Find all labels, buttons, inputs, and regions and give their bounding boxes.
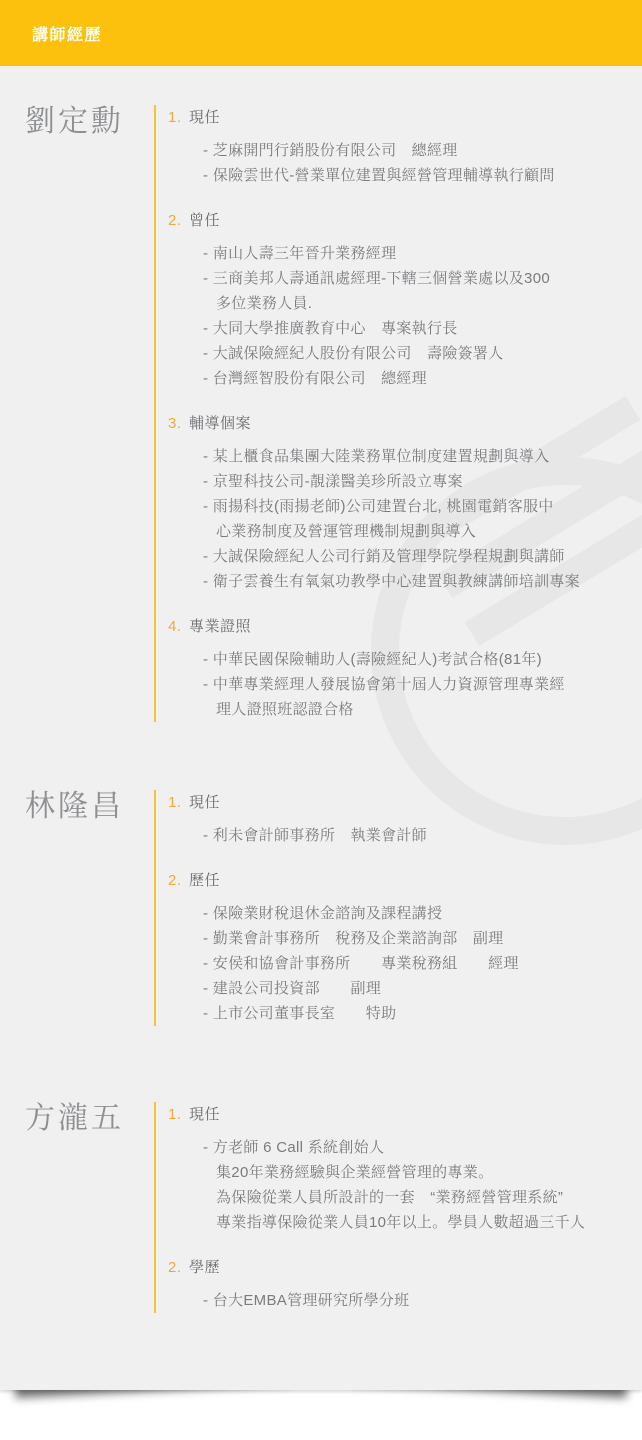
group-number: 2.	[168, 868, 189, 893]
experience-line: - 京聖科技公司-靚漾醫美珍所設立專案	[168, 469, 642, 494]
experience-line: - 台灣經智股份有限公司 總經理	[168, 366, 642, 391]
experience-group: 1.現任- 利未會計師事務所 執業會計師	[168, 790, 642, 848]
group-title: 現任	[189, 109, 220, 126]
instructor-details: 1.現任- 方老師 6 Call 系統創始人集20年業務經驗與企業經營管理的專業…	[156, 1102, 642, 1313]
experience-line: - 中華專業經理人發展協會第十屆人力資源管理專業經	[168, 672, 642, 697]
group-heading: 2.曾任	[168, 208, 642, 233]
group-number: 1.	[168, 1102, 189, 1127]
group-title: 曾任	[189, 212, 220, 229]
experience-line: - 台大EMBA管理研究所學分班	[168, 1288, 642, 1313]
experience-line: - 保險業財稅退休金諮詢及課程講授	[168, 901, 642, 926]
header-bar: 講師經歷	[0, 0, 642, 66]
group-heading: 1.現任	[168, 1102, 642, 1127]
sections: 劉定勳1.現任- 芝麻開門行銷股份有限公司 總經理- 保險雲世代-營業單位建置與…	[0, 105, 642, 1313]
experience-group: 3.輔導個案- 某上櫃食品集團大陸業務單位制度建置規劃與導入- 京聖科技公司-靚…	[168, 411, 642, 594]
group-heading: 1.現任	[168, 790, 642, 815]
experience-line: - 衛子雲養生有氧氣功教學中心建置與教練講師培訓專案	[168, 569, 642, 594]
experience-line: 理人證照班認證合格	[168, 697, 642, 722]
group-heading: 1.現任	[168, 105, 642, 130]
experience-line: 專業指導保險從業人員10年以上。學員人數超過三千人	[168, 1210, 642, 1235]
experience-line: - 勤業會計事務所 稅務及企業諮詢部 副理	[168, 926, 642, 951]
group-heading: 2.學歷	[168, 1255, 642, 1280]
experience-line: - 雨揚科技(雨揚老師)公司建置台北, 桃園電銷客服中	[168, 494, 642, 519]
experience-line: - 大同大學推廣教育中心 專案執行長	[168, 316, 642, 341]
instructor-section: 劉定勳1.現任- 芝麻開門行銷股份有限公司 總經理- 保險雲世代-營業單位建置與…	[0, 105, 642, 722]
content-card-wrap: 劉定勳1.現任- 芝麻開門行銷股份有限公司 總經理- 保險雲世代-營業單位建置與…	[0, 66, 642, 1390]
experience-line: - 上市公司董事長室 特助	[168, 1001, 642, 1026]
experience-line: 為保險從業人員所設計的一套 “業務經營管理系統”	[168, 1185, 642, 1210]
group-number: 2.	[168, 1255, 189, 1280]
experience-line: 多位業務人員.	[168, 291, 642, 316]
group-title: 歷任	[189, 872, 220, 889]
group-title: 專業證照	[189, 618, 251, 635]
group-number: 2.	[168, 208, 189, 233]
page-title: 講師經歷	[32, 22, 102, 45]
instructor-name: 方瀧五	[0, 1102, 154, 1313]
experience-line: - 三商美邦人壽通訊處經理-下轄三個營業處以及300	[168, 266, 642, 291]
experience-group: 2.學歷- 台大EMBA管理研究所學分班	[168, 1255, 642, 1313]
group-number: 1.	[168, 790, 189, 815]
experience-line: - 保險雲世代-營業單位建置與經營管理輔導執行顧問	[168, 163, 642, 188]
experience-line: - 利未會計師事務所 執業會計師	[168, 823, 642, 848]
instructor-details: 1.現任- 芝麻開門行銷股份有限公司 總經理- 保險雲世代-營業單位建置與經營管…	[156, 105, 642, 722]
group-number: 3.	[168, 411, 189, 436]
instructor-name: 林隆昌	[0, 790, 154, 1026]
experience-line: - 安侯和協會計事務所 專業稅務組 經理	[168, 951, 642, 976]
experience-line: - 大誠保險經紀人公司行銷及管理學院學程規劃與講師	[168, 544, 642, 569]
page: 講師經歷 劉定勳1.現任- 芝麻開門行銷股份有限公司 總經理- 保險雲世代-營業…	[0, 0, 642, 1440]
experience-line: 集20年業務經驗與企業經營管理的專業。	[168, 1160, 642, 1185]
group-title: 輔導個案	[189, 415, 251, 432]
experience-line: 心業務制度及營運管理機制規劃與導入	[168, 519, 642, 544]
experience-group: 2.歷任- 保險業財稅退休金諮詢及課程講授- 勤業會計事務所 稅務及企業諮詢部 …	[168, 868, 642, 1026]
instructor-details: 1.現任- 利未會計師事務所 執業會計師2.歷任- 保險業財稅退休金諮詢及課程講…	[156, 790, 642, 1026]
group-heading: 4.專業證照	[168, 614, 642, 639]
content-card: 劉定勳1.現任- 芝麻開門行銷股份有限公司 總經理- 保險雲世代-營業單位建置與…	[0, 66, 642, 1390]
group-title: 現任	[189, 794, 220, 811]
instructor-section: 方瀧五1.現任- 方老師 6 Call 系統創始人集20年業務經驗與企業經營管理…	[0, 1102, 642, 1313]
group-heading: 2.歷任	[168, 868, 642, 893]
experience-line: - 建設公司投資部 副理	[168, 976, 642, 1001]
experience-line: - 某上櫃食品集團大陸業務單位制度建置規劃與導入	[168, 444, 642, 469]
experience-line: - 芝麻開門行銷股份有限公司 總經理	[168, 138, 642, 163]
experience-group: 1.現任- 芝麻開門行銷股份有限公司 總經理- 保險雲世代-營業單位建置與經營管…	[168, 105, 642, 188]
instructor-section: 林隆昌1.現任- 利未會計師事務所 執業會計師2.歷任- 保險業財稅退休金諮詢及…	[0, 790, 642, 1026]
experience-line: - 中華民國保險輔助人(壽險經紀人)考試合格(81年)	[168, 647, 642, 672]
group-number: 4.	[168, 614, 189, 639]
experience-group: 2.曾任- 南山人壽三年晉升業務經理- 三商美邦人壽通訊處經理-下轄三個營業處以…	[168, 208, 642, 391]
experience-group: 1.現任- 方老師 6 Call 系統創始人集20年業務經驗與企業經營管理的專業…	[168, 1102, 642, 1235]
instructor-name: 劉定勳	[0, 105, 154, 722]
group-title: 學歷	[189, 1259, 220, 1276]
group-number: 1.	[168, 105, 189, 130]
experience-line: - 南山人壽三年晉升業務經理	[168, 241, 642, 266]
group-heading: 3.輔導個案	[168, 411, 642, 436]
experience-line: - 大誠保險經紀人股份有限公司 壽險簽署人	[168, 341, 642, 366]
experience-group: 4.專業證照- 中華民國保險輔助人(壽險經紀人)考試合格(81年)- 中華專業經…	[168, 614, 642, 722]
group-title: 現任	[189, 1106, 220, 1123]
experience-line: - 方老師 6 Call 系統創始人	[168, 1135, 642, 1160]
